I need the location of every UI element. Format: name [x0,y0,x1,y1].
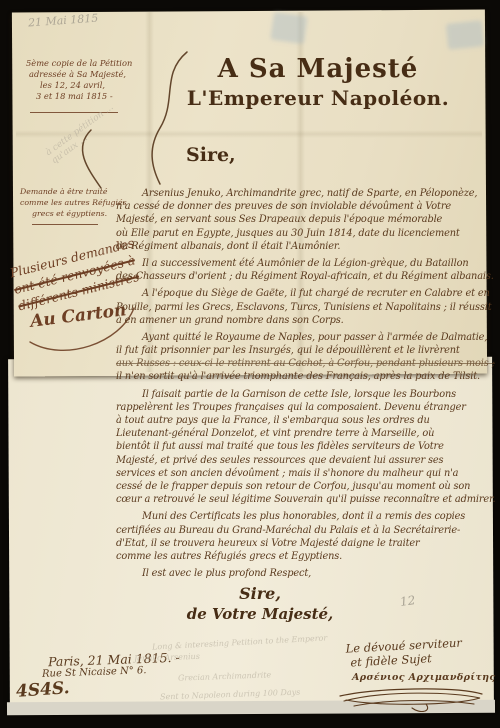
body-line: il fut fait prisonnier par les Insurgés,… [116,344,488,357]
body-line: où Elle parut en Egypte, jusques au 30 J… [116,227,488,240]
body-line: Lieutenant-général Donzelot, et vint pre… [116,427,488,440]
heading-line-1: A Sa Majesté [168,54,468,84]
body-line: A l'époque du Siège de Gaëte, il fut cha… [116,287,488,300]
body-line: il n'en sortit qu'à l'arrivée triomphant… [116,370,488,383]
margin-note-line: Demande à être traité [20,186,130,197]
body-line: comme les autres Réfugiés grecs et Egypt… [116,550,488,563]
body-paragraphs: Arsenius Jenuko, Archimandrite grec, nat… [116,187,488,584]
salutation: Sire, [186,144,236,166]
body-line: d'Etat, il se trouvera heureux si Votre … [116,537,488,550]
pencil-page-number: 12 [399,593,416,609]
body-line: Ayant quitté le Royaume de Naples, pour … [116,331,488,344]
heading-line-2: L'Empereur Napoléon. [168,86,468,110]
margin-note-underline [32,224,98,225]
body-line: du Régiment albanais, dont il était l'Au… [116,240,488,253]
body-line: Il est avec le plus profond Respect, [116,567,488,580]
body-line: des Chasseurs d'orient ; du Régiment Roy… [116,270,488,283]
body-line: cœur a retrouvé le seul légitime Souvera… [116,493,488,506]
body-line: Muni des Certificats les plus honorables… [116,510,488,523]
signature-flourish [334,682,489,718]
body-line: Il a successivement été Aumônier de la L… [116,257,488,270]
body-line: cessé de le frapper depuis son retour de… [116,480,488,493]
body-line: Il faisait partie de la Garnison de cett… [116,388,488,401]
body-line: bientôt il fut aussi mal traité que tous… [116,440,488,453]
closing-sire: Sire, [140,584,380,603]
closing-majesty: de Votre Majesté, [120,605,400,623]
body-line: à en amener un grand nombre dans son Cor… [116,314,488,327]
body-line: services et son ancien dévoûment ; mais … [116,467,488,480]
body-line: certifiées au Bureau du Grand-Maréchal d… [116,524,488,537]
body-line: à tout autre pays que la France, il s'em… [116,414,488,427]
body-line: Pouille, parmi les Grecs, Esclavons, Tur… [116,301,488,314]
body-line: aux Russes : ceux-ci le retinrent au Cac… [116,357,488,370]
margin-note-line: comme les autres Réfugiés [20,197,130,208]
body-line: Majesté, en servant sous Ses Drapeaux de… [116,213,488,226]
body-line: n'a cessé de donner des preuves de son i… [116,200,488,213]
margin-note-request: Demande à être traité comme les autres R… [20,186,130,219]
body-line: rappelèrent les Troupes françaises qui l… [116,401,488,414]
photo-backdrop: 21 Mai 1815 5ème copie de la Pétition ad… [0,0,500,728]
collector-mark: 4S4S. [15,678,70,702]
letter-heading: A Sa Majesté L'Empereur Napoléon. [168,54,468,110]
body-line: Arsenius Jenuko, Archimandrite grec, nat… [116,187,488,200]
tape-mark [270,12,308,44]
tape-mark [446,20,485,50]
margin-note-line: grecs et égyptiens. [20,208,130,219]
body-line: Majesté, et privé des seules ressources … [116,454,488,467]
